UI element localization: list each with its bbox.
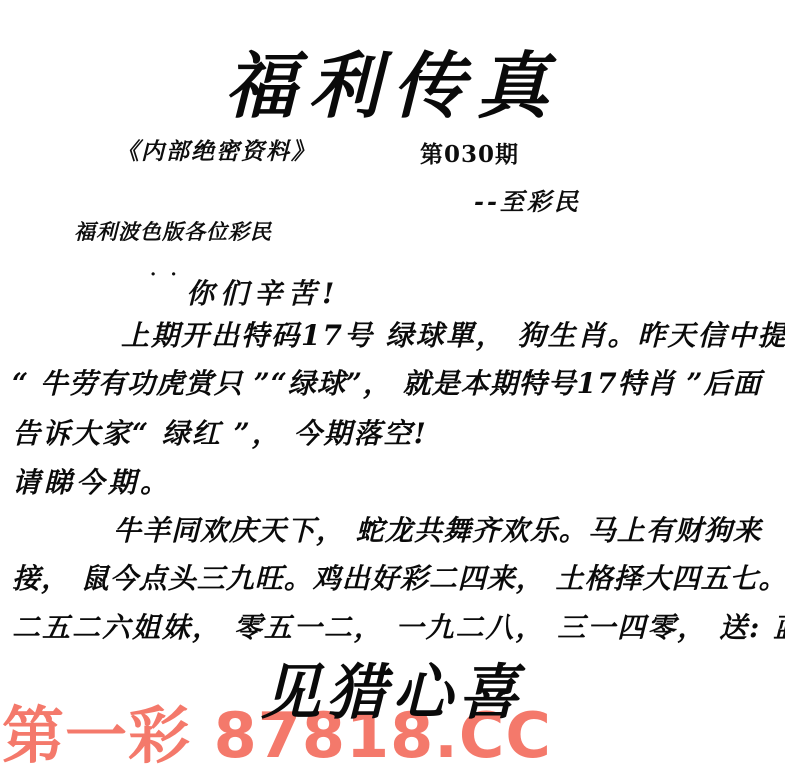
verse-line-3: 二五二六姐妹， 零五一二， 一九二八， 三一四零， 送: 蓝绿: [12, 606, 785, 646]
fax-sheet: 福利传真 《内部绝密资料》 第030期 --至彩民 福利波色版各位彩民 · · …: [0, 0, 785, 772]
verse-line-2: 接， 鼠今点头三九旺。鸡出好彩二四来， 土格择大四五七。: [12, 557, 785, 597]
paragraph-line-3: 告诉大家“ 绿红 ”， 今期落空!: [12, 412, 428, 452]
dedication-line: --至彩民: [474, 182, 581, 217]
paragraph-line-2: “ 牛劳有功虎赏只 ”“绿球”， 就是本期特号17特肖 ”后面: [12, 362, 762, 402]
greeting-ditto-marks: · ·: [150, 264, 181, 285]
issue-number: 第030期: [420, 136, 519, 169]
verse-line-1: 牛羊同欢庆天下， 蛇龙共舞齐欢乐。马上有财狗来: [113, 509, 762, 549]
closing-calligraphy: 见猎心喜: [0, 645, 785, 731]
addressee-line: 福利波色版各位彩民: [74, 216, 272, 246]
classification-label: 《内部绝密资料》: [116, 133, 316, 166]
paragraph-line-1: 上期开出特码17号 绿球單， 狗生肖。昨天信中提供: [121, 314, 785, 354]
greeting-line: 你们辛苦!: [186, 272, 340, 312]
page-title: 福利传真: [0, 28, 785, 132]
paragraph-line-4: 请睇今期。: [12, 461, 172, 501]
